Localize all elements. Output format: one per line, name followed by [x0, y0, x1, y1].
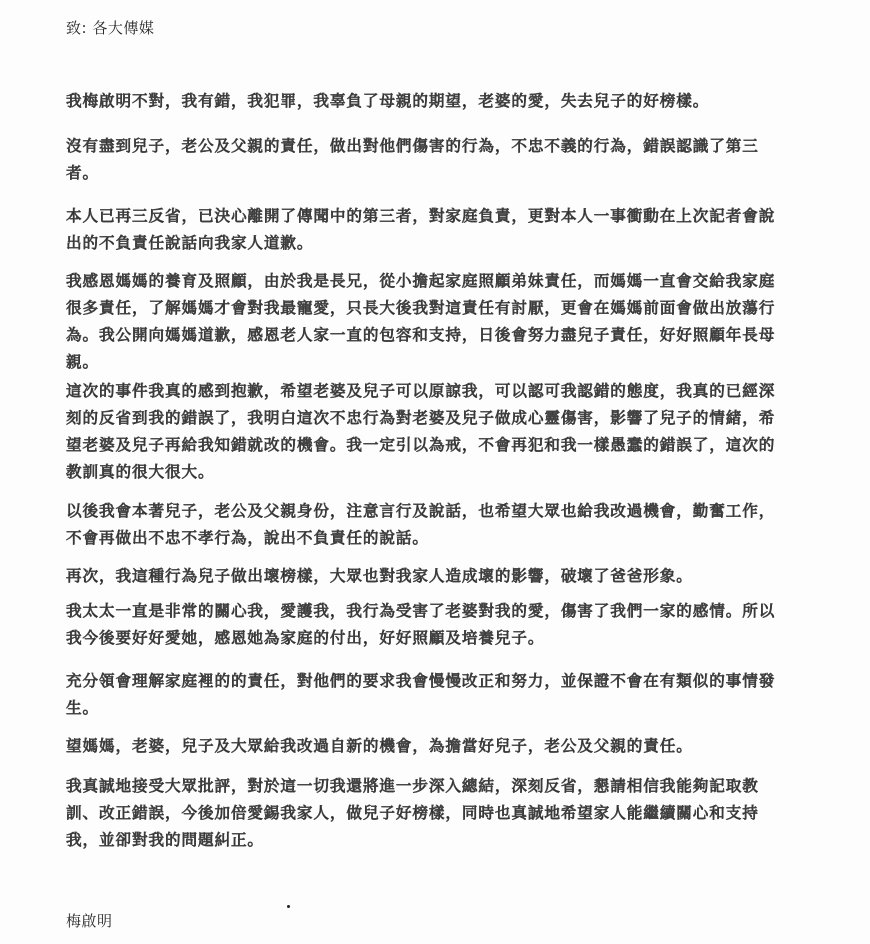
letter-paragraph-10: 望媽媽，老婆，兒子及大眾給我改過自新的機會，為擔當好兒子，老公及父親的責任。	[66, 733, 786, 760]
letter-paragraph-9: 充分領會理解家庭裡的的責任，對他們的要求我會慢慢改正和努力，並保證不會在有類似的…	[66, 668, 786, 722]
letter-paragraph-3: 本人已再三反省，已決心離開了傳聞中的第三者，對家庭負責，更對本人一事衝動在上次記…	[66, 203, 786, 257]
scanned-letter-page: 致: 各大傳媒 我梅啟明不對，我有錯，我犯罪，我辜負了母親的期望，老婆的愛，失去…	[0, 0, 870, 944]
letter-paragraph-5: 這次的事件我真的感到抱歉，希望老婆及兒子可以原諒我，可以認可我認錯的態度，我真的…	[66, 378, 786, 486]
scan-artifact-dot	[287, 905, 290, 908]
letter-paragraph-7: 再次，我這種行為兒子做出壞榜樣，大眾也對我家人造成壞的影響，破壞了爸爸形象。	[66, 563, 786, 590]
letter-paragraph-2: 沒有盡到兒子，老公及父親的責任，做出對他們傷害的行為，不忠不義的行為，錯誤認識了…	[66, 133, 786, 187]
letter-paragraph-6: 以後我會本著兒子，老公及父親身份，注意言行及說話，也希望大眾也給我改過機會，勤奮…	[66, 498, 786, 552]
letter-salutation: 致: 各大傳媒	[66, 17, 154, 38]
letter-signature: 梅啟明	[66, 910, 113, 931]
letter-paragraph-8: 我太太一直是非常的關心我，愛護我，我行為受害了老婆對我的愛，傷害了我們一家的感情…	[66, 598, 786, 652]
letter-paragraph-1: 我梅啟明不對，我有錯，我犯罪，我辜負了母親的期望，老婆的愛，失去兒子的好榜樣。	[66, 88, 786, 115]
letter-paragraph-11: 我真誠地接受大眾批評，對於這一切我還將進一步深入總結，深刻反省，懇請相信我能夠記…	[66, 773, 786, 854]
letter-paragraph-4: 我感恩媽媽的養育及照顧，由於我是長兄，從小擔起家庭照顧弟妹責任，而媽媽一直會交給…	[66, 268, 786, 376]
